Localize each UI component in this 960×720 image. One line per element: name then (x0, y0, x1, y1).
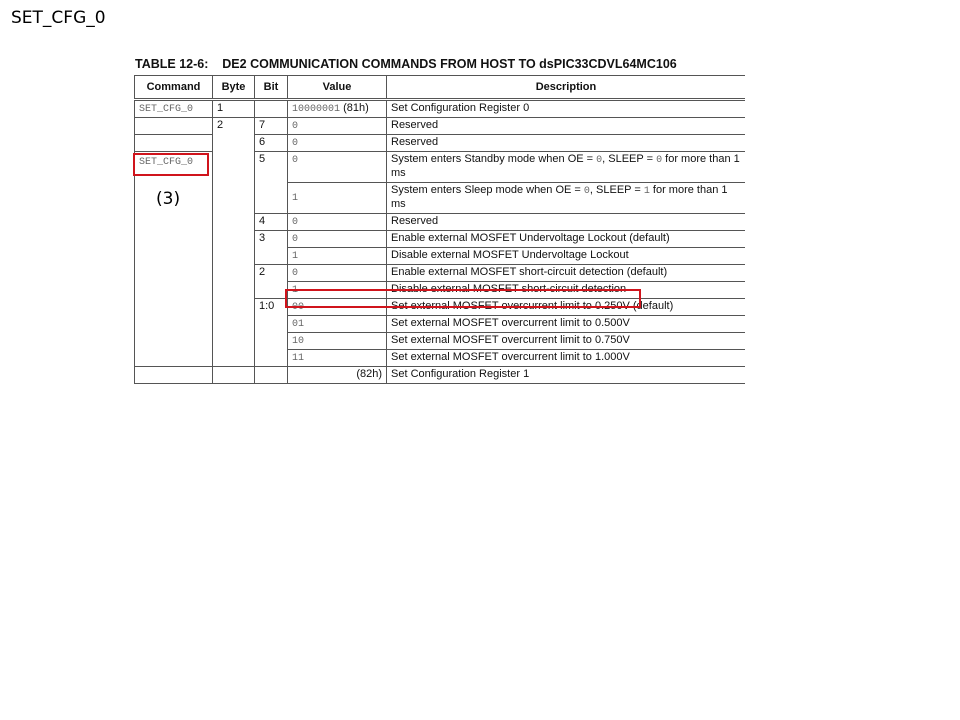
cell-command: SET_CFG_0 (135, 152, 213, 367)
cell-bit: 1:0 (255, 299, 288, 367)
cell-value: 0 (288, 135, 387, 152)
cell-bit (255, 100, 288, 118)
slide-title: SET_CFG_0 (11, 8, 106, 28)
cell-command (135, 135, 213, 152)
cell-bit: 2 (255, 265, 288, 299)
cell-description: Reserved (387, 214, 746, 231)
header-command: Command (135, 76, 213, 100)
cell-description: Enable external MOSFET short-circuit det… (387, 265, 746, 282)
cell-value: 10000001 (81h) (288, 100, 387, 118)
header-bit: Bit (255, 76, 288, 100)
cell-description: System enters Sleep mode when OE = 0, SL… (387, 183, 746, 214)
header-description: Description (387, 76, 746, 100)
header-value: Value (288, 76, 387, 100)
cell-byte: 1 (213, 100, 255, 118)
cell-value: 1 (288, 248, 387, 265)
cell-description: Reserved (387, 118, 746, 135)
cell-value: 0 (288, 265, 387, 282)
cell-command: SET_CFG_0 (135, 100, 213, 118)
cell-value: 11 (288, 350, 387, 367)
cell-value: 1 (288, 183, 387, 214)
cell-description: Disable external MOSFET Undervoltage Loc… (387, 248, 746, 265)
cell-bit: 5 (255, 152, 288, 214)
table-row: SET_CFG_0 1 10000001 (81h) Set Configura… (135, 100, 746, 118)
cell-bit: 6 (255, 135, 288, 152)
highlight-box-command (133, 153, 209, 176)
cell-value: 10 (288, 333, 387, 350)
cell-value: 01 (288, 316, 387, 333)
table-row: 2 7 0 Reserved (135, 118, 746, 135)
cell-byte: 2 (213, 118, 255, 367)
header-byte: Byte (213, 76, 255, 100)
commands-table: Command Byte Bit Value Description SET_C… (134, 75, 745, 384)
cell-description: Set external MOSFET overcurrent limit to… (387, 316, 746, 333)
cell-value: 0 (288, 152, 387, 183)
highlight-box-disable-short-circuit (285, 289, 641, 308)
cell-description: Set external MOSFET overcurrent limit to… (387, 350, 746, 367)
cell-value: 0 (288, 231, 387, 248)
cell-command (135, 118, 213, 135)
cell-bit: 3 (255, 231, 288, 265)
cell-bit: 4 (255, 214, 288, 231)
cell-value: 0 (288, 214, 387, 231)
table-header-row: Command Byte Bit Value Description (135, 76, 746, 100)
cell-value: 0 (288, 118, 387, 135)
cell-description: Set Configuration Register 0 (387, 100, 746, 118)
table-caption: TABLE 12-6: DE2 COMMUNICATION COMMANDS F… (135, 57, 677, 71)
cell-description: System enters Standby mode when OE = 0, … (387, 152, 746, 183)
cell-bit: 7 (255, 118, 288, 135)
annotation-note: (3) (156, 189, 180, 209)
cell-description: Reserved (387, 135, 746, 152)
commands-table-image: Command Byte Bit Value Description SET_C… (134, 75, 745, 386)
table-row-cutoff: (82h) Set Configuration Register 1 (135, 367, 746, 384)
cell-description: Set external MOSFET overcurrent limit to… (387, 333, 746, 350)
cell-description: Enable external MOSFET Undervoltage Lock… (387, 231, 746, 248)
